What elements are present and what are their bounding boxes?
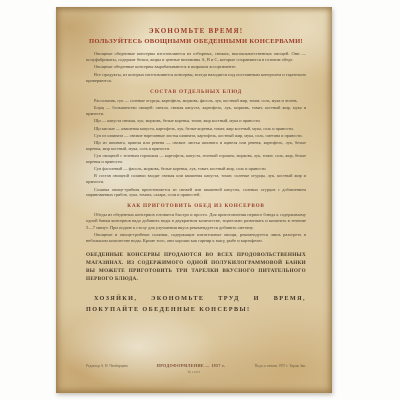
dish-item: В состав овощной солянки входят свежая и… — [86, 173, 306, 185]
intro-paragraph: Овощные обеденные консервы изготовляются… — [86, 51, 306, 63]
intro-paragraph: Овощные обеденные консервы вырабатываютс… — [86, 64, 306, 70]
dish-item: Суп фасолевый — фасоль, морковь, белые к… — [86, 166, 306, 172]
howto-paragraphs: Обеды из обеденных консервов готовятся б… — [86, 212, 306, 244]
leaflet-content: ЭКОНОМЬТЕ ВРЕМЯ! ПОЛЬЗУЙТЕСЬ ОВОЩНЫМИ ОБ… — [86, 19, 306, 385]
intro-paragraphs: Овощные обеденные консервы изготовляются… — [86, 51, 306, 84]
dish-item: Борщ — большинство овощей: свекла, свежа… — [86, 105, 306, 117]
sales-notice: ОБЕДЕННЫЕ КОНСЕРВЫ ПРОДАЮТСЯ ВО ВСЕХ ПРО… — [86, 251, 306, 283]
imprint-print-info: Подп. к печати 1957 г. Тираж Зак. — [255, 364, 306, 368]
dish-item: Суп из шпината — свежие нарезанные листь… — [86, 133, 306, 139]
dish-list: Рассольник, суп — соленые огурцы, картоф… — [86, 98, 306, 198]
imprint-line: Редактор А. Н. Чембарцева ПРОДОФОРМЛЕНИЕ… — [86, 363, 306, 368]
aged-paper-sheet: ЭКОНОМЬТЕ ВРЕМЯ! ПОЛЬЗУЙТЕСЬ ОВОЩНЫМИ ОБ… — [56, 7, 332, 393]
howto-paragraph: Обеды из обеденных консервов готовятся б… — [86, 212, 306, 231]
howto-paragraph: Овощные и овоще-грибные солянки, содержа… — [86, 232, 306, 244]
section-heading-dishes: СОСТАВ ОТДЕЛЬНЫХ БЛЮД — [86, 89, 306, 95]
section-heading-howto: КАК ПРИГОТОВИТЬ ОБЕД ИЗ КОНСЕРВОВ — [86, 203, 306, 209]
imprint-editor: Редактор А. Н. Чембарцева — [86, 364, 128, 368]
leaflet-title-line2: ПОЛЬЗУЙТЕСЬ ОВОЩНЫМИ ОБЕДЕННЫМИ КОНСЕРВА… — [86, 38, 306, 45]
intro-paragraph: Все продукты, из которых изготовляются к… — [86, 72, 306, 84]
scanned-leaflet-photo: ЭКОНОМЬТЕ ВРЕМЯ! ПОЛЬЗУЙТЕСЬ ОВОЩНЫМИ ОБ… — [0, 0, 400, 400]
dish-item: Суп овощной с зеленым горошком — картофе… — [86, 153, 306, 165]
closing-slogan: ХОЗЯЙКИ, ЭКОНОМЬТЕ ТРУД И ВРЕМЯ, ПОКУПАЙ… — [86, 294, 306, 315]
leaflet-title-line1: ЭКОНОМЬТЕ ВРЕМЯ! — [86, 27, 306, 35]
dish-item: Щи кислые — квашеная капуста, картофель,… — [86, 126, 306, 132]
dish-item: Щи — капуста свежая, лук, морковь, белые… — [86, 118, 306, 124]
imprint-publisher: ПРОДОФОРМЛЕНИЕ — 1957 г. — [157, 363, 226, 368]
dish-item: Рассольник, суп — соленые огурцы, картоф… — [86, 98, 306, 104]
dish-item: Солянка овоще-грибная приготовляется из … — [86, 187, 306, 199]
dish-item: Щи из шпината, щавеля или ревеня — свежи… — [86, 140, 306, 152]
imprint-order-number: № 11371 — [56, 370, 332, 374]
